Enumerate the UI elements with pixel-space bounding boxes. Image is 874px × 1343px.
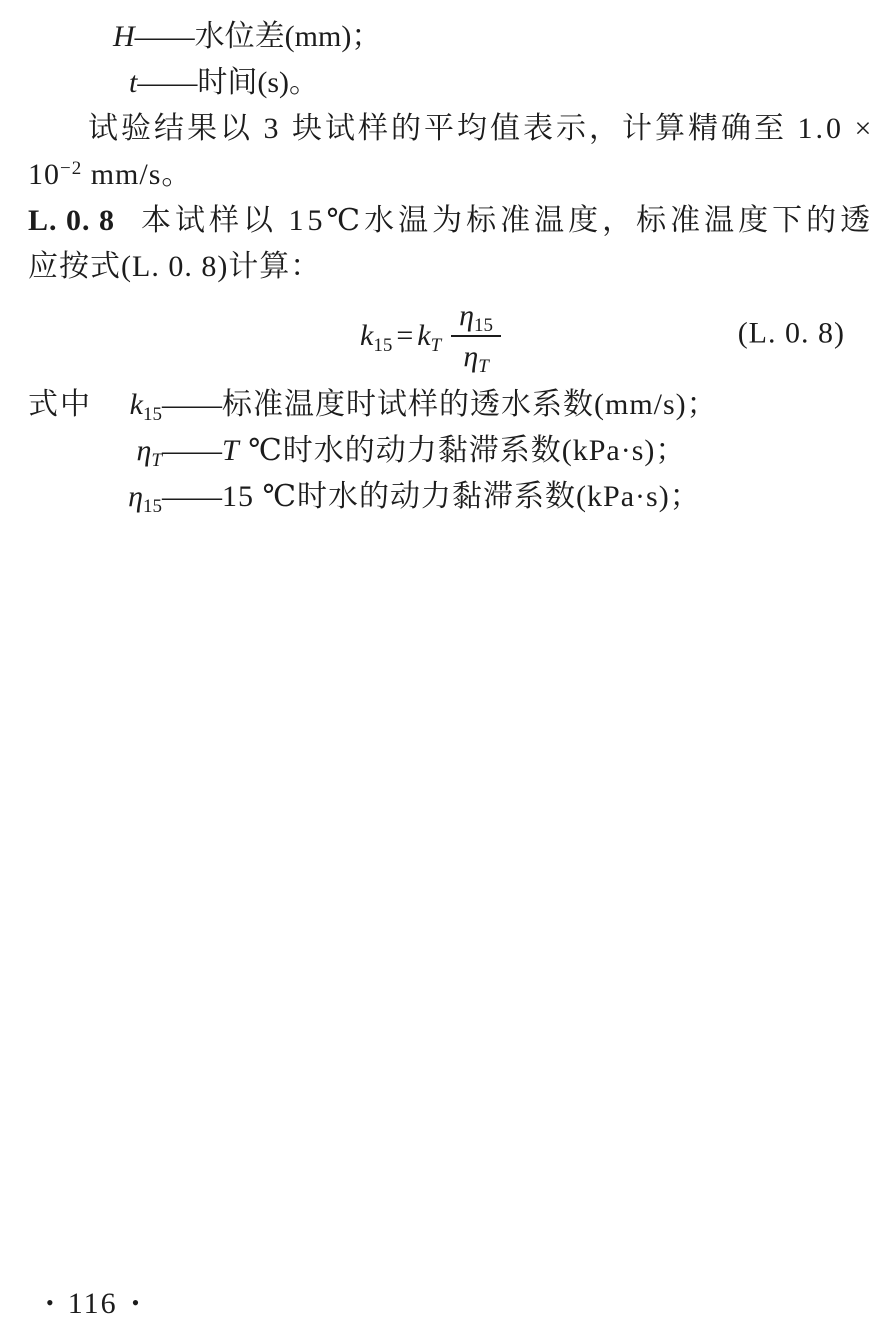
dash: —— <box>162 474 222 520</box>
dash: —— <box>137 66 197 99</box>
indent-spacer <box>28 474 112 520</box>
kT-subscript: T <box>431 335 442 356</box>
equation-row: k15=kT η15 ηT (L. 0. 8) <box>0 290 874 382</box>
kT-variable: k <box>417 319 430 352</box>
definition-line-H: H——水位差(mm)； <box>113 14 874 60</box>
where-item-k15: 式中 k15 —— 标准温度时试样的透水系数(mm/s)； <box>0 382 874 428</box>
dash: —— <box>135 20 195 53</box>
fraction: η15 ηT <box>451 300 501 372</box>
equals-sign: = <box>396 319 413 352</box>
section-heading-line: L. 0. 8本试样以 15℃水温为标准温度，标准温度下的透水系数 <box>28 198 874 244</box>
where-item-eta-T: ηT —— T ℃时水的动力黏滞系数(kPa·s)； <box>0 428 874 474</box>
where-desc-eta-T: T ℃时水的动力黏滞系数(kPa·s)； <box>222 428 686 474</box>
definition-text-t: 时间(s)。 <box>197 66 319 99</box>
equation-number: (L. 0. 8) <box>738 316 845 350</box>
definition-text-H: 水位差(mm)； <box>195 20 382 53</box>
paragraph-line-1: 试验结果以 3 块试样的平均值表示，计算精确至 1.0 × <box>88 106 874 152</box>
k15-variable: k <box>360 319 373 352</box>
power-exponent: −2 <box>60 158 82 179</box>
equation-lhs: k15=kT <box>360 319 441 353</box>
paragraph-line-2: 10−2 mm/s。 <box>28 152 874 198</box>
where-symbol-k15: k15 <box>112 382 162 428</box>
where-symbol-eta-15: η15 <box>112 474 162 520</box>
section-number: L. 0. 8 <box>28 204 115 237</box>
footer-dot-left: • <box>46 1290 54 1315</box>
page-number-value: 116 <box>68 1287 118 1320</box>
where-desc-k15: 标准温度时试样的透水系数(mm/s)； <box>222 382 718 428</box>
dash: —— <box>162 428 222 474</box>
k15-subscript: 15 <box>373 335 392 356</box>
symbol-H: H <box>113 20 135 53</box>
where-desc-eta-15: 15 ℃时水的动力黏滞系数(kPa·s)； <box>222 474 701 520</box>
power-base: 10 <box>28 158 60 191</box>
fraction-numerator: η15 <box>451 300 501 337</box>
where-item-eta-15: η15 —— 15 ℃时水的动力黏滞系数(kPa·s)； <box>0 474 874 520</box>
document-page: H——水位差(mm)； t——时间(s)。 试验结果以 3 块试样的平均值表示，… <box>0 0 874 1343</box>
etaT-subscript: T <box>478 356 489 377</box>
page-number: •116• <box>46 1288 139 1319</box>
eta15-subscript: 15 <box>474 315 493 336</box>
footer-dot-right: • <box>132 1290 140 1315</box>
fraction-denominator: ηT <box>455 337 496 373</box>
where-symbol-eta-T: ηT <box>112 428 162 474</box>
dash: —— <box>162 382 222 428</box>
section-text-line-2: 应按式(L. 0. 8)计算： <box>28 244 874 290</box>
etaT-variable: η <box>463 340 478 373</box>
indent-spacer <box>28 428 112 474</box>
eta15-variable: η <box>459 299 474 332</box>
section-text-line-1: 本试样以 15℃水温为标准温度，标准温度下的透水系数 <box>141 204 874 237</box>
unit-text: mm/s。 <box>82 158 192 191</box>
where-prefix: 式中 <box>28 382 112 428</box>
definition-line-t: t——时间(s)。 <box>129 60 874 106</box>
equation: k15=kT η15 ηT <box>360 300 501 372</box>
